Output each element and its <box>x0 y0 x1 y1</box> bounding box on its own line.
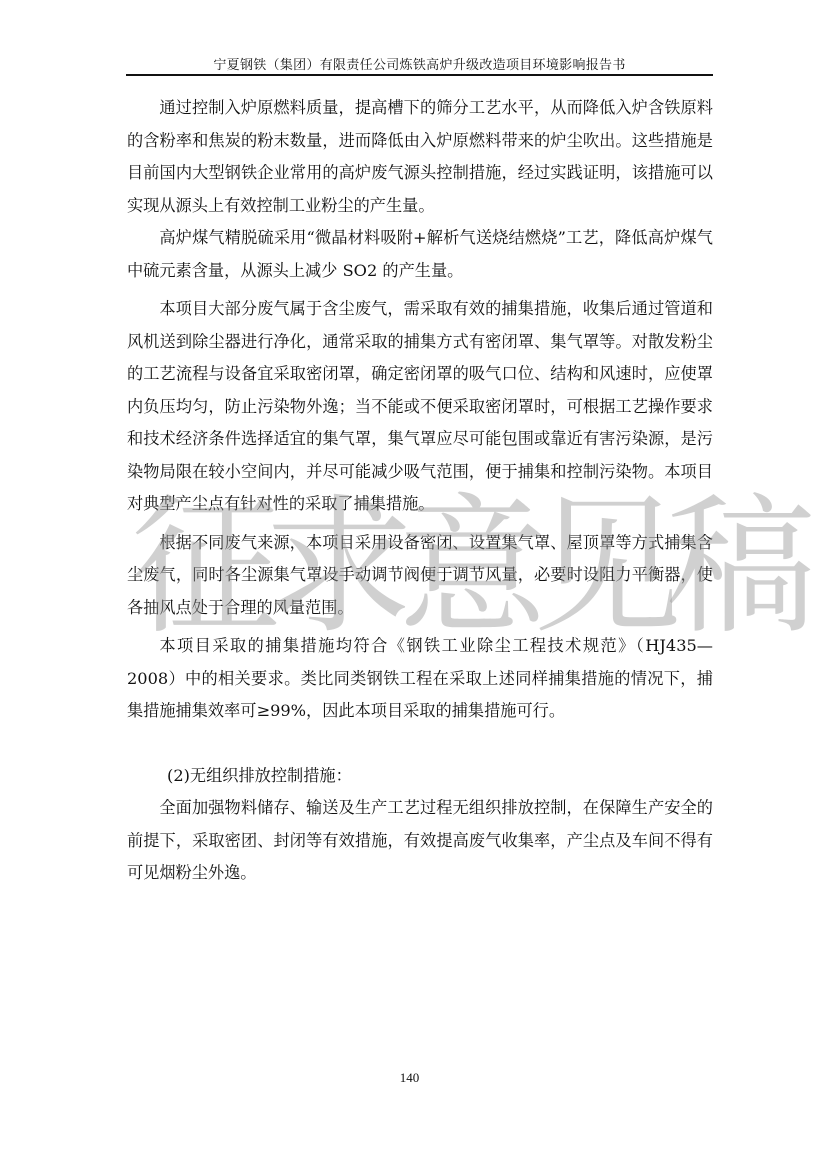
document-header-title: 宁夏钢铁（集团）有限责任公司炼铁高炉升级改造项目环境影响报告书 <box>126 54 713 73</box>
paragraph-standard-compliance: 本项目采取的捕集措施均符合《钢铁工业除尘工程技术规范》（HJ435—2008）中… <box>127 630 713 728</box>
page-number: 140 <box>0 1070 819 1086</box>
document-body: 通过控制入炉原燃料质量，提高槽下的筛分工艺水平，从而降低入炉含铁原料的含粉率和焦… <box>127 92 713 890</box>
subsection-heading: (2)无组织排放控制措施： <box>127 760 713 793</box>
header-divider <box>126 74 713 76</box>
paragraph-source-control: 通过控制入炉原燃料质量，提高槽下的筛分工艺水平，从而降低入炉含铁原料的含粉率和焦… <box>127 92 713 222</box>
paragraph-capture-methods: 根据不同废气来源，本项目采用设备密闭、设置集气罩、屋顶罩等方式捕集含尘废气，同时… <box>127 527 713 625</box>
paragraph-gas-desulfurization: 高炉煤气精脱硫采用“微晶材料吸附+解析气送烧结燃烧”工艺，降低高炉煤气中硫元素含… <box>127 222 713 287</box>
paragraph-capture-measures: 本项目大部分废气属于含尘废气，需采取有效的捕集措施，收集后通过管道和风机送到除尘… <box>127 293 713 521</box>
paragraph-fugitive-emissions: 全面加强物料储存、输送及生产工艺过程无组织排放控制，在保障生产安全的前提下，采取… <box>127 792 713 890</box>
